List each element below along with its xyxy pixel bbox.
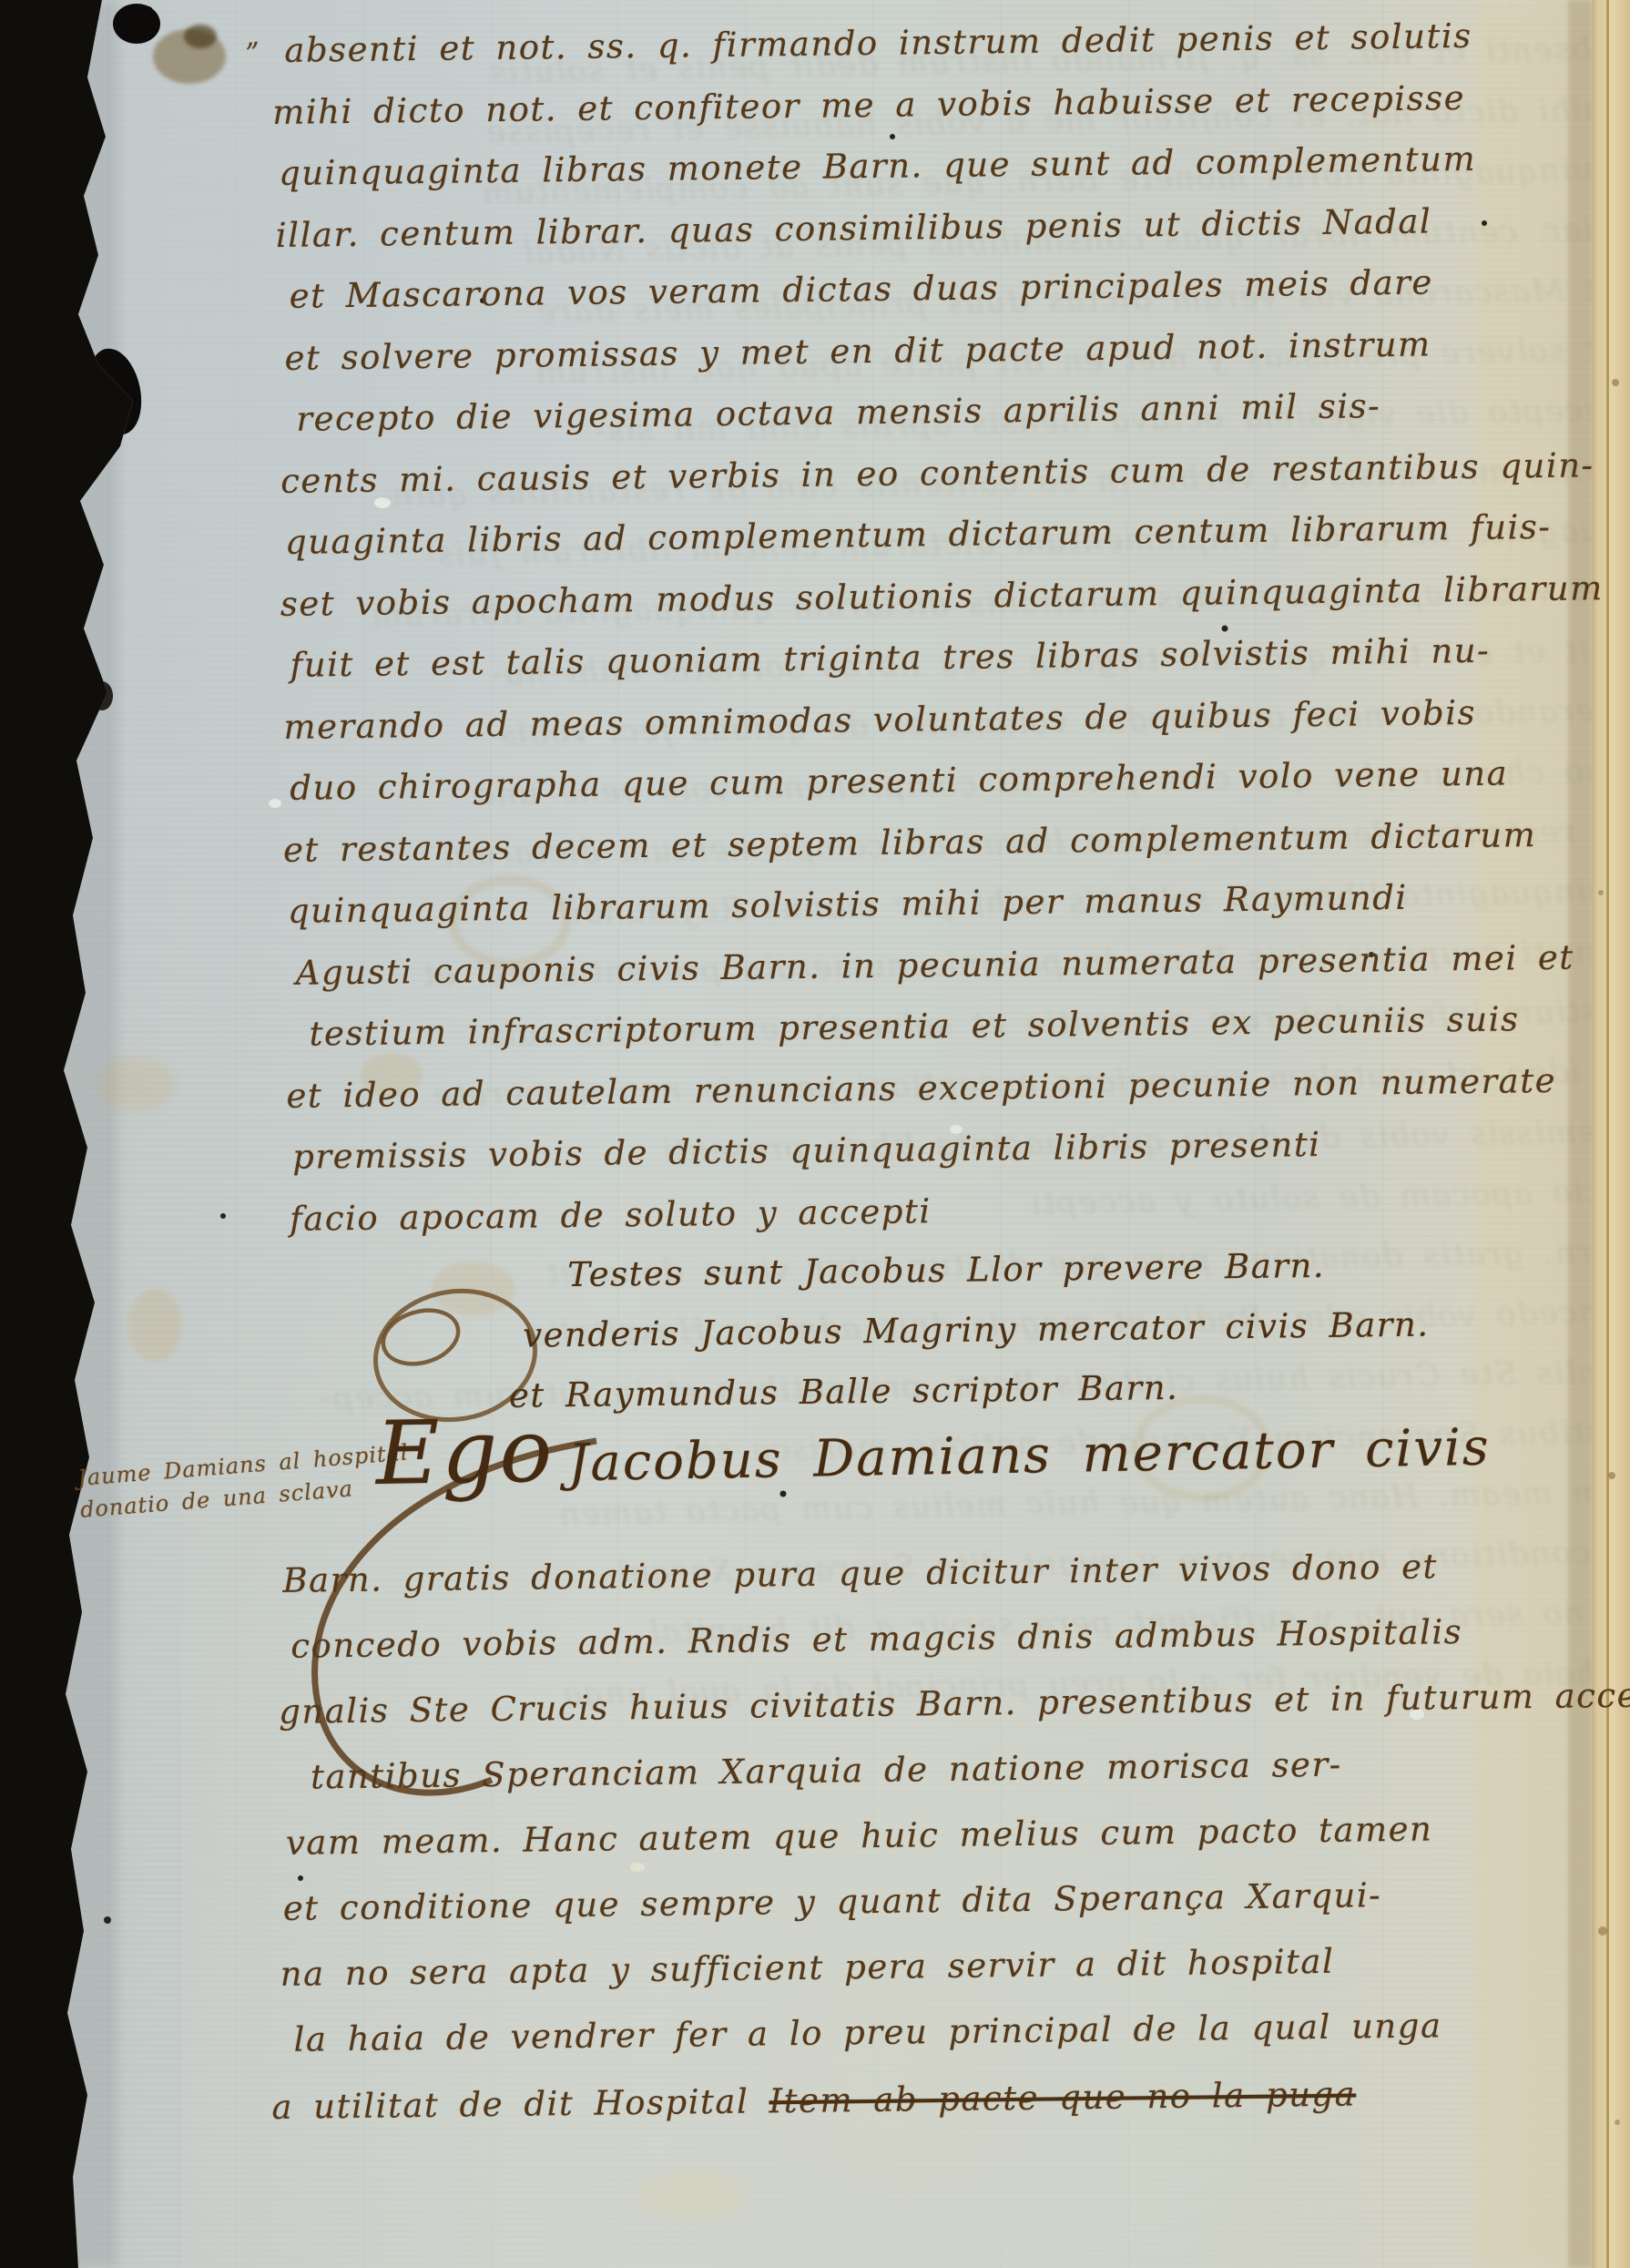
entry2-text-block: Barn. gratis donatione pura que dicitur …: [271, 1531, 1630, 2073]
manuscript-photo: absenti et not. ss. q. firmando instrum …: [0, 0, 1630, 2268]
entry1-text-block: absenti et not. ss. q. firmando instrum …: [271, 4, 1611, 1250]
strikethrough-text: Item ab pacte que no la puga: [769, 2074, 1356, 2120]
initial-capital: Ego: [375, 1400, 555, 1505]
text-line: Testes sunt Jacobus Llor prevere Barn.: [567, 1234, 1429, 1305]
entry2-last-line: a utilitat de dit Hospital Item ab pacte…: [271, 2061, 1357, 2140]
text-line: venderis Jacobus Magriny mercator civis …: [523, 1294, 1430, 1365]
last-line-plain-text: a utilitat de dit Hospital: [271, 2081, 769, 2127]
